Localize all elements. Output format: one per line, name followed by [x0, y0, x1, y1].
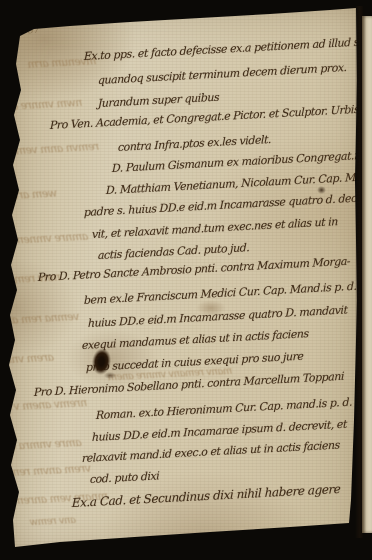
manuscript-line: Ex.a Cad. et Secundinus dixi nihil haber… — [72, 482, 341, 510]
manuscript-line: D. Paulum Gismanum ex maioribus Congrega… — [112, 149, 369, 175]
manuscript-line: actis faciendas Cad. puto jud. — [98, 241, 250, 262]
paper-stain — [196, 300, 226, 316]
manuscript-scan: mvenum armnwm vmnre amremvn anm vemwem a… — [0, 0, 372, 560]
ink-spot — [317, 186, 326, 194]
manuscript-line: cod. puto dixi — [90, 469, 160, 486]
ink-text-layer: Ex.to pps. et facto defecisse ex.a petit… — [0, 0, 372, 560]
manuscript-line: pnto succedat in cuius exequi pro suo ju… — [86, 350, 304, 374]
manuscript-page: mvenum armnwm vmnre amremvn anm vemwem a… — [0, 0, 372, 560]
manuscript-line: Pro D. Petro Sancte Ambrosio pnti. contr… — [38, 255, 350, 284]
ink-smudge — [104, 372, 116, 379]
manuscript-line: contra Infra.ptos ex.les videlt. — [118, 133, 271, 154]
adjacent-page-edge — [362, 16, 372, 533]
manuscript-line: Ex.to pps. et facto defecisse ex.a petit… — [84, 34, 372, 63]
manuscript-line: Jurandum super quibus — [98, 91, 220, 110]
manuscript-line: Pro D. Hieronimo Sobellano pnti. contra … — [34, 370, 344, 399]
folio-number: 37 — [28, 26, 40, 37]
manuscript-line: quandoq suscipit terminum decem dierum p… — [98, 61, 347, 87]
manuscript-line: bem ex.le Franciscum Medici Cur. Cap. Ma… — [84, 279, 367, 307]
manuscript-line: exequi mandamus et alias ut in actis fac… — [82, 327, 309, 352]
manuscript-line: vit, et relaxavit mand.tum exec.nes et a… — [92, 215, 338, 241]
